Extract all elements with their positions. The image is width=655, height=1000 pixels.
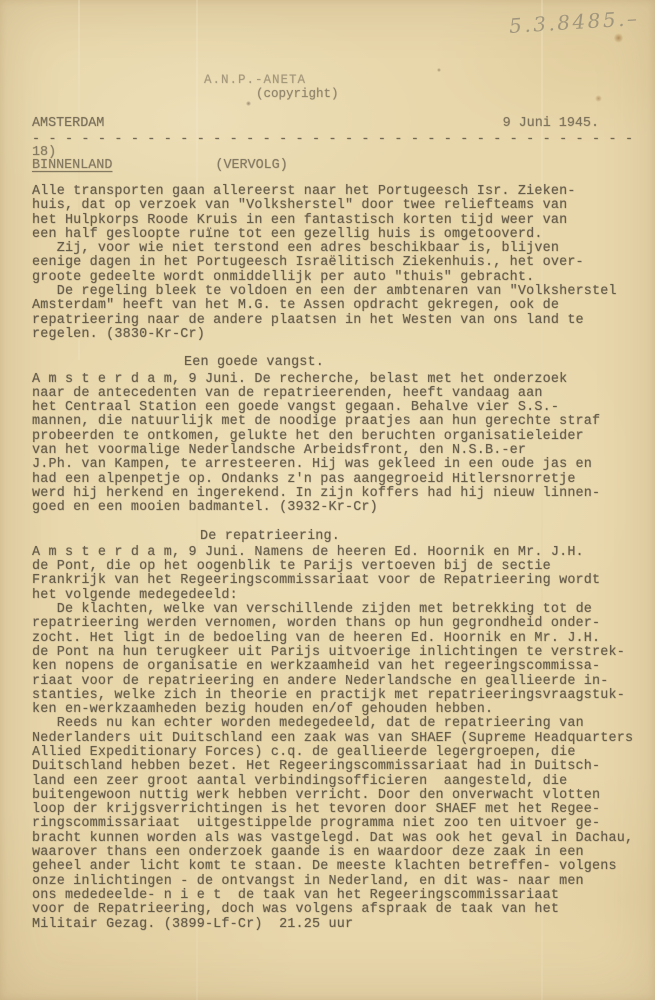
paragraph: De klachten, welke van verschillende zij… [32,603,635,717]
paragraph: A m s t e r d a m, 9 Juni. Namens de hee… [32,546,635,603]
paragraph: De regeling bleek te voldoen en een der … [32,285,635,342]
date-label: 9 Juni 1945. [503,116,599,131]
agency-name: A.N.P.-ANETA [204,74,635,87]
section-title: BINNENLAND [32,158,112,173]
paragraph: Reeds nu kan echter worden medegedeeld, … [32,717,635,931]
dateline-row: AMSTERDAM 9 Juni 1945. [32,116,635,131]
section-continued-label: (VERVOLG) [215,158,287,173]
article-heading: De repatrieering. [200,530,635,544]
paragraph: A m s t e r d a m, 9 Juni. De recherche,… [32,373,635,516]
handwritten-archive-number: 5.3.8485.– [508,6,640,38]
stain-spot [246,101,251,106]
stain-spot [437,68,441,72]
article-transporten: Alle transporten gaan allereerst naar he… [32,185,635,342]
section-row: BINNENLAND (VERVOLG) [32,159,635,173]
stain-spot [614,33,623,43]
page-number: 18) [32,146,635,159]
article-repatrieering: De repatrieering. A m s t e r d a m, 9 J… [32,530,635,932]
article-goede-vangst: Een goede vangst. A m s t e r d a m, 9 J… [32,356,635,515]
article-body: Alle transporten gaan allereerst naar he… [32,185,635,932]
city-label: AMSTERDAM [32,116,104,131]
dashed-separator: - - - - - - - - - - - - - - - - - - - - … [32,134,635,146]
paragraph: Zij, voor wie niet terstond een adres be… [32,242,635,285]
article-heading: Een goede vangst. [184,356,635,370]
paragraph: Alle transporten gaan allereerst naar he… [32,185,635,242]
document-page: 5.3.8485.– A.N.P.-ANETA (copyright) AMST… [0,0,655,1000]
copyright-line: (copyright) [256,87,635,101]
